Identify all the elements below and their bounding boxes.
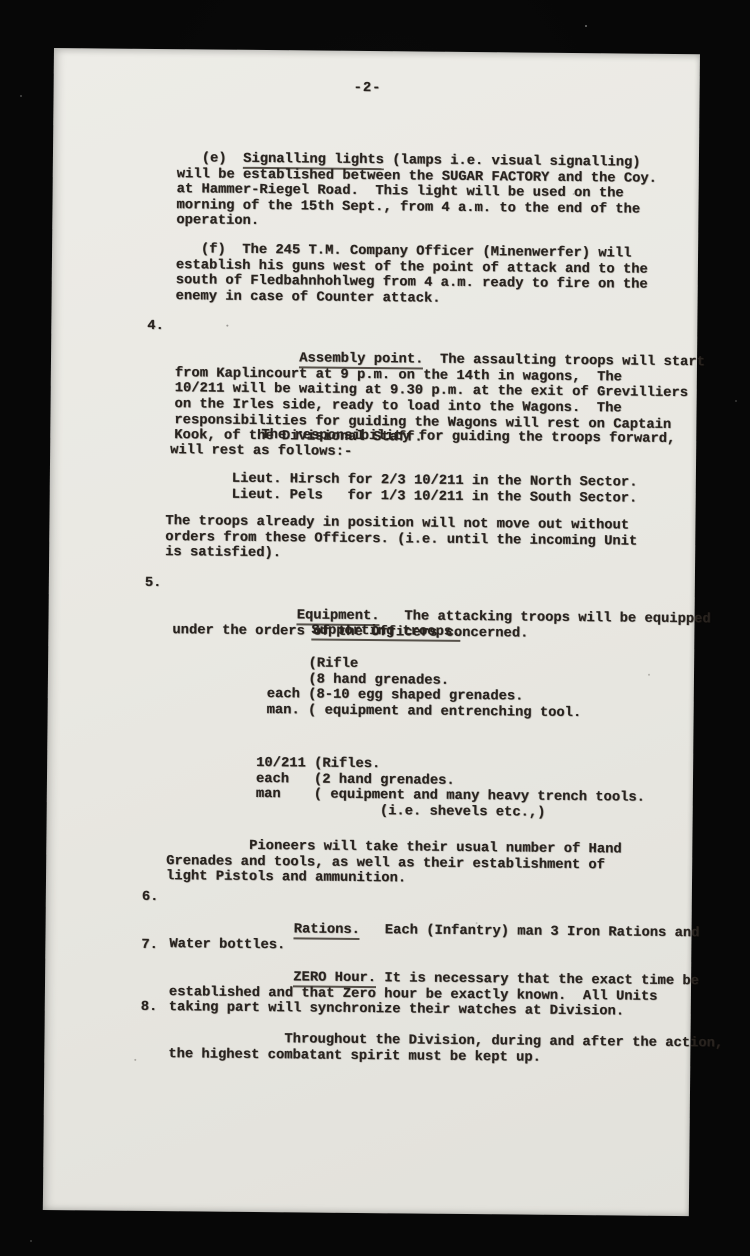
- item-number-6: 6.: [142, 890, 159, 906]
- text-run: 10/211 (Rifles. each (2 hand grenades. m…: [256, 756, 645, 821]
- text-run: Throughout the Division, during and afte…: [168, 1032, 723, 1066]
- paragraph-f-tm-company: (f) The 245 T.M. Company Officer (Minenw…: [176, 242, 649, 309]
- text-run: (f) The 245 T.M. Company Officer (Minenw…: [176, 242, 648, 306]
- item-number-4: 4.: [147, 319, 164, 335]
- paragraph-pioneers: Pioneers will take their usual number of…: [166, 838, 622, 889]
- paragraph-guiding-officers: Lieut. Hirsch for 2/3 10/211 in the Nort…: [174, 471, 638, 507]
- document-page: -2- (e) Signalling lights (lamps i.e. vi…: [43, 48, 700, 1216]
- text-run: Pioneers will take their usual number of…: [166, 838, 622, 886]
- text-run: [202, 970, 293, 986]
- text-run: (Rifle (8 hand grenades. each (8-10 egg …: [267, 656, 582, 721]
- text-run: Lieut. Hirsch for 2/3 10/211 in the Nort…: [174, 471, 638, 506]
- underlined-text: Rations.: [294, 923, 360, 941]
- paragraph-responsibility: The responsibility for guiding the troop…: [170, 427, 675, 463]
- item-number-8: 8.: [141, 1000, 158, 1016]
- paragraph-troops-in-position: The troops already in position will not …: [165, 514, 637, 565]
- item-number-5: 5.: [145, 576, 162, 592]
- underlined-text: Supporting troops.: [311, 623, 460, 641]
- text-run: The responsibility for guiding the troop…: [170, 427, 675, 459]
- paragraph-e-signalling-lights: (e) Signalling lights (lamps i.e. visual…: [176, 151, 657, 234]
- text-run: [203, 922, 294, 938]
- scanner-background: -2- (e) Signalling lights (lamps i.e. vi…: [0, 0, 750, 1256]
- paragraph-8-combatant-spirit: 8. Throughout the Division, during and a…: [168, 1000, 723, 1068]
- equipment-list-supporting-troops: (Rifle (8 hand grenades. each (8-10 egg …: [267, 656, 582, 721]
- text-run: The troops already in position will not …: [165, 514, 637, 561]
- equipment-list-10-211: 10/211 (Rifles. each (2 hand grenades. m…: [256, 756, 646, 822]
- item-number-7: 7.: [141, 938, 158, 954]
- text-run: [206, 608, 297, 624]
- text-run: [208, 351, 299, 367]
- heading-supporting-troops: Supporting troops.: [311, 623, 460, 640]
- text-run: (e): [177, 151, 243, 167]
- page-number: -2-: [354, 81, 382, 97]
